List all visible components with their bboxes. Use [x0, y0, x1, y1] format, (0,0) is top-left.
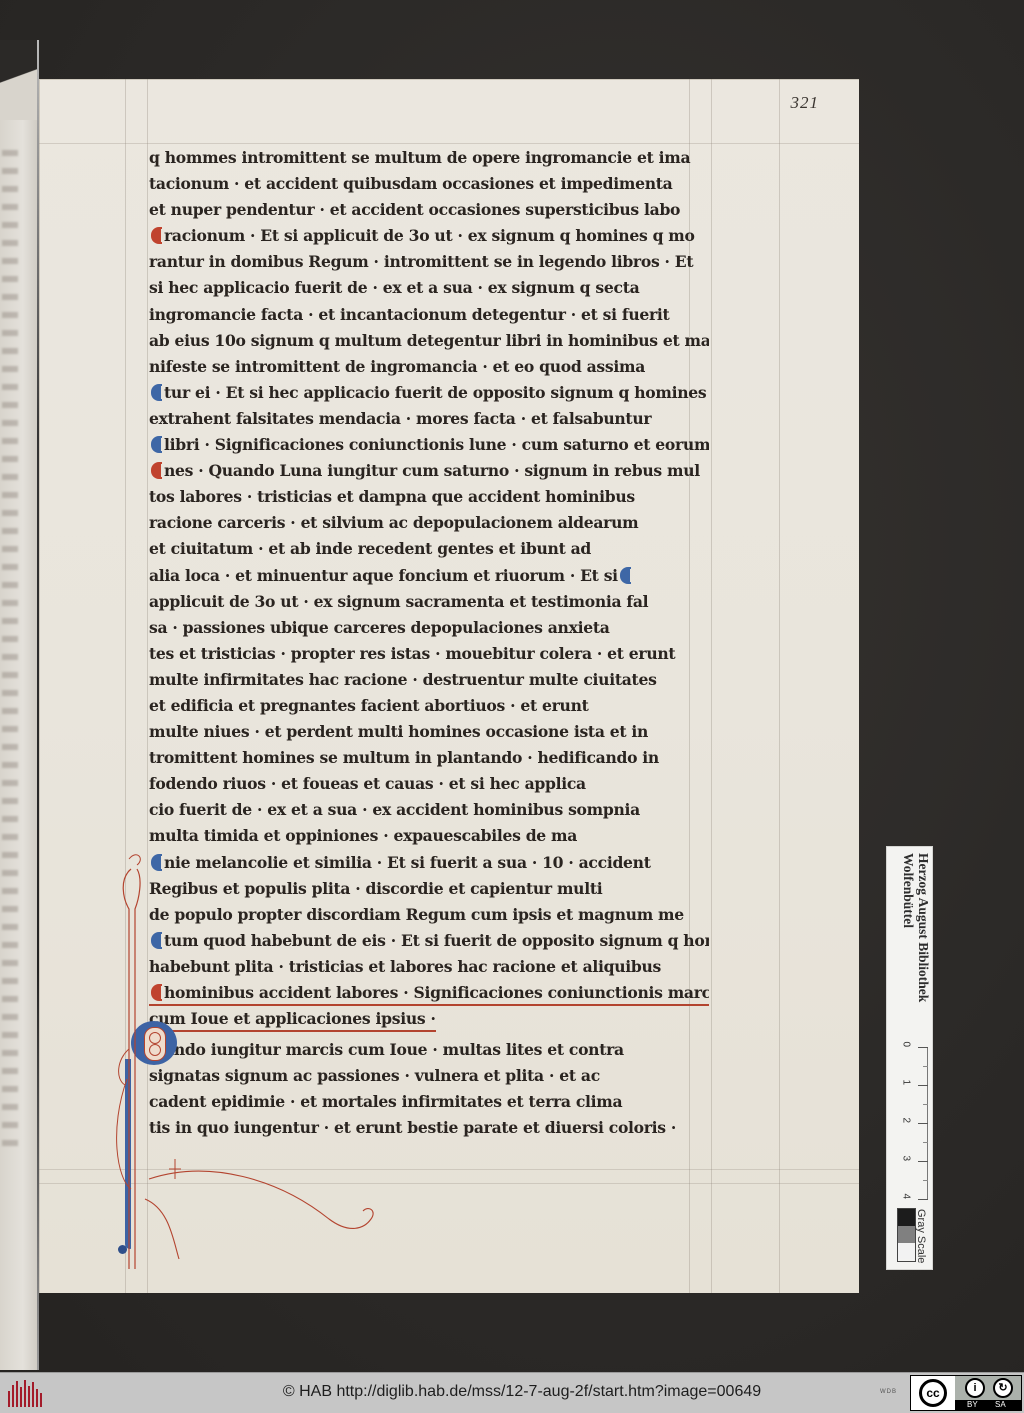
- attribution-icon: i: [965, 1378, 985, 1398]
- text-line: multe niues · et perdent multi homines o…: [149, 719, 709, 745]
- text-line: si hec applicacio fuerit de · ex et a su…: [149, 275, 709, 301]
- text-line: et nuper pendentur · et accident occasio…: [149, 197, 709, 223]
- text-line: multe infirmitates hac racione · destrue…: [149, 667, 709, 693]
- facing-page-edge: [0, 40, 38, 1370]
- text-line: multa timida et oppiniones · expauescabi…: [149, 823, 709, 849]
- rubric-heading-line: cum Ioue et applicaciones ipsius ·: [149, 1006, 436, 1032]
- text-line: racionum · Et si applicuit de 3o ut · ex…: [149, 223, 709, 249]
- ruling-line-horizontal: [39, 143, 859, 144]
- cc-by-sa-license-badge[interactable]: cc i ↻ BY SA: [910, 1375, 1022, 1411]
- wdb-mark: WDB: [880, 1389, 897, 1395]
- cc-badge-right: i ↻ BY SA: [955, 1376, 1021, 1410]
- institution-line-1: Herzog August Bibliothek: [916, 853, 931, 1068]
- text-line: ingromancie facta · et incantacionum det…: [149, 302, 709, 328]
- text-line: nes · Quando Luna iungitur cum saturno ·…: [149, 458, 709, 484]
- text-line: ab eius 10o signum q multum detegentur l…: [149, 328, 709, 354]
- ruler-tick-minor: [923, 1180, 928, 1181]
- ruling-line-vertical: [711, 79, 712, 1293]
- color-scale-card: Herzog August Bibliothek Wolfenbüttel 0 …: [886, 846, 933, 1270]
- creative-commons-icon: cc: [919, 1379, 947, 1407]
- ruler-tick-major: [918, 1161, 928, 1162]
- text-line: rantur in domibus Regum · intromittent s…: [149, 249, 709, 275]
- flourish-swirl: [149, 1032, 161, 1044]
- rubric-heading-line: hominibus accident labores · Significaci…: [149, 980, 709, 1006]
- sa-label: SA: [995, 1400, 1006, 1410]
- rubric-initial-blue: [151, 932, 162, 949]
- manuscript-text-column: q hommes intromittent se multum de opere…: [149, 145, 709, 1142]
- ruling-line-horizontal: [39, 1183, 859, 1184]
- institution-name: Herzog August Bibliothek Wolfenbüttel: [895, 853, 931, 1068]
- text-line-content: racionum · Et si applicuit de 3o ut · ex…: [164, 226, 695, 245]
- text-line: habebunt plita · tristicias et labores h…: [149, 954, 709, 980]
- text-line-content: hominibus accident labores · Significaci…: [164, 983, 709, 1002]
- ruler-tick-major: [918, 1047, 928, 1048]
- manuscript-folio: 321 q hommes intromittent se multum de o…: [39, 79, 859, 1293]
- text-line: cio fuerit de · ex et a sua · ex acciden…: [149, 797, 709, 823]
- text-line: applicuit de 3o ut · ex signum sacrament…: [149, 589, 709, 615]
- ruler-label: 3: [901, 1156, 912, 1168]
- text-line: alia loca · et minuentur aque foncium et…: [149, 563, 709, 589]
- cc-badge-left: cc: [911, 1376, 955, 1410]
- text-line: nie melancolie et similia · Et si fuerit…: [149, 850, 709, 876]
- text-line: et edificia et pregnantes facient aborti…: [149, 693, 709, 719]
- text-line: tis in quo iungentur · et erunt bestie p…: [149, 1115, 709, 1141]
- text-line: q hommes intromittent se multum de opere…: [149, 145, 709, 171]
- flourish-swirl: [149, 1044, 161, 1056]
- text-line: signatas signum ac passiones · vulnera e…: [149, 1063, 709, 1089]
- rubric-initial-blue: [151, 854, 162, 871]
- text-line-content: nie melancolie et similia · Et si fuerit…: [164, 853, 651, 872]
- text-line: tacionum · et accident quibusdam occasio…: [149, 171, 709, 197]
- rubric-initial-red: [151, 462, 162, 479]
- text-line: uando iungitur marcis cum Ioue · multas …: [149, 1037, 709, 1063]
- gray-patch-black: [898, 1209, 915, 1226]
- text-line: fodendo riuos · et foueas et cauas · et …: [149, 771, 709, 797]
- rubric-initial-red: [151, 227, 162, 244]
- ruler-tick-minor: [923, 1104, 928, 1105]
- text-line: tos labores · tristicias et dampna que a…: [149, 484, 709, 510]
- text-line: tes et tristicias · propter res istas · …: [149, 641, 709, 667]
- text-line: nifeste se intromittent de ingromancia ·…: [149, 354, 709, 380]
- cm-ruler: [927, 1047, 931, 1199]
- text-line-content: nes · Quando Luna iungitur cum saturno ·…: [164, 461, 700, 480]
- by-label: BY: [967, 1400, 978, 1410]
- ruler-tick-minor: [923, 1142, 928, 1143]
- text-line: racione carceris · et silvium ac depopul…: [149, 510, 709, 536]
- gray-patch-white: [898, 1243, 915, 1259]
- rubric-initial-blue: [151, 436, 162, 453]
- ruler-label: 2: [901, 1118, 912, 1130]
- ruler-label: 0: [901, 1042, 912, 1054]
- cc-badge-strip: [955, 1400, 1021, 1410]
- facing-page-corner: [0, 40, 38, 120]
- text-line-content: tur ei · Et si hec applicacio fuerit de …: [164, 383, 706, 402]
- text-line-content: alia loca · et minuentur aque foncium et…: [149, 566, 618, 585]
- text-line: tur ei · Et si hec applicacio fuerit de …: [149, 380, 709, 406]
- ruler-tick-major: [918, 1123, 928, 1124]
- ruler-tick-major: [918, 1085, 928, 1086]
- initial-infill: [144, 1027, 166, 1061]
- gray-patch-mid: [898, 1226, 915, 1243]
- decorated-initial-q: [131, 1021, 177, 1065]
- rubric-initial-blue: [620, 567, 631, 584]
- share-alike-icon: ↻: [993, 1378, 1013, 1398]
- text-line: libri · Significaciones coniunctionis lu…: [149, 432, 709, 458]
- text-line: sa · passiones ubique carceres depopulac…: [149, 615, 709, 641]
- ruling-line-vertical: [779, 79, 780, 1293]
- ruler-label: 1: [901, 1080, 912, 1092]
- ruler-tick-major: [918, 1199, 928, 1200]
- institution-line-2: Wolfenbüttel: [901, 853, 916, 1068]
- initial-tail-terminal: [118, 1245, 127, 1254]
- ruling-line-horizontal: [39, 1169, 859, 1170]
- text-line: de populo propter discordiam Regum cum i…: [149, 902, 709, 928]
- facing-page-text-bleed: [2, 150, 18, 1150]
- text-line: extrahent falsitates mendacia · mores fa…: [149, 406, 709, 432]
- gray-scale-patches: [897, 1208, 916, 1262]
- ruler-label: 4: [901, 1194, 912, 1206]
- text-line: tum quod habebunt de eis · Et si fuerit …: [149, 928, 709, 954]
- folio-number: 321: [791, 93, 820, 113]
- text-line: tromittent homines se multum in plantand…: [149, 745, 709, 771]
- text-line: et ciuitatum · et ab inde recedent gente…: [149, 536, 709, 562]
- gray-scale-label: Gray Scale: [915, 1209, 927, 1263]
- text-line: Regibus et populis plita · discordie et …: [149, 876, 709, 902]
- rubric-initial-blue: [151, 384, 162, 401]
- text-line-content: tum quod habebunt de eis · Et si fuerit …: [164, 931, 709, 950]
- text-line: cadent epidimie · et mortales infirmitat…: [149, 1089, 709, 1115]
- text-line-content: libri · Significaciones coniunctionis lu…: [164, 435, 709, 454]
- ruler-tick-minor: [923, 1066, 928, 1067]
- initial-tail: [125, 1059, 135, 1249]
- ruling-line-vertical: [147, 79, 148, 1293]
- rubric-initial-red: [151, 984, 162, 1001]
- viewer-footer: © HAB http://diglib.hab.de/mss/12-7-aug-…: [0, 1372, 1024, 1413]
- copyright-url-link[interactable]: © HAB http://diglib.hab.de/mss/12-7-aug-…: [0, 1383, 1024, 1401]
